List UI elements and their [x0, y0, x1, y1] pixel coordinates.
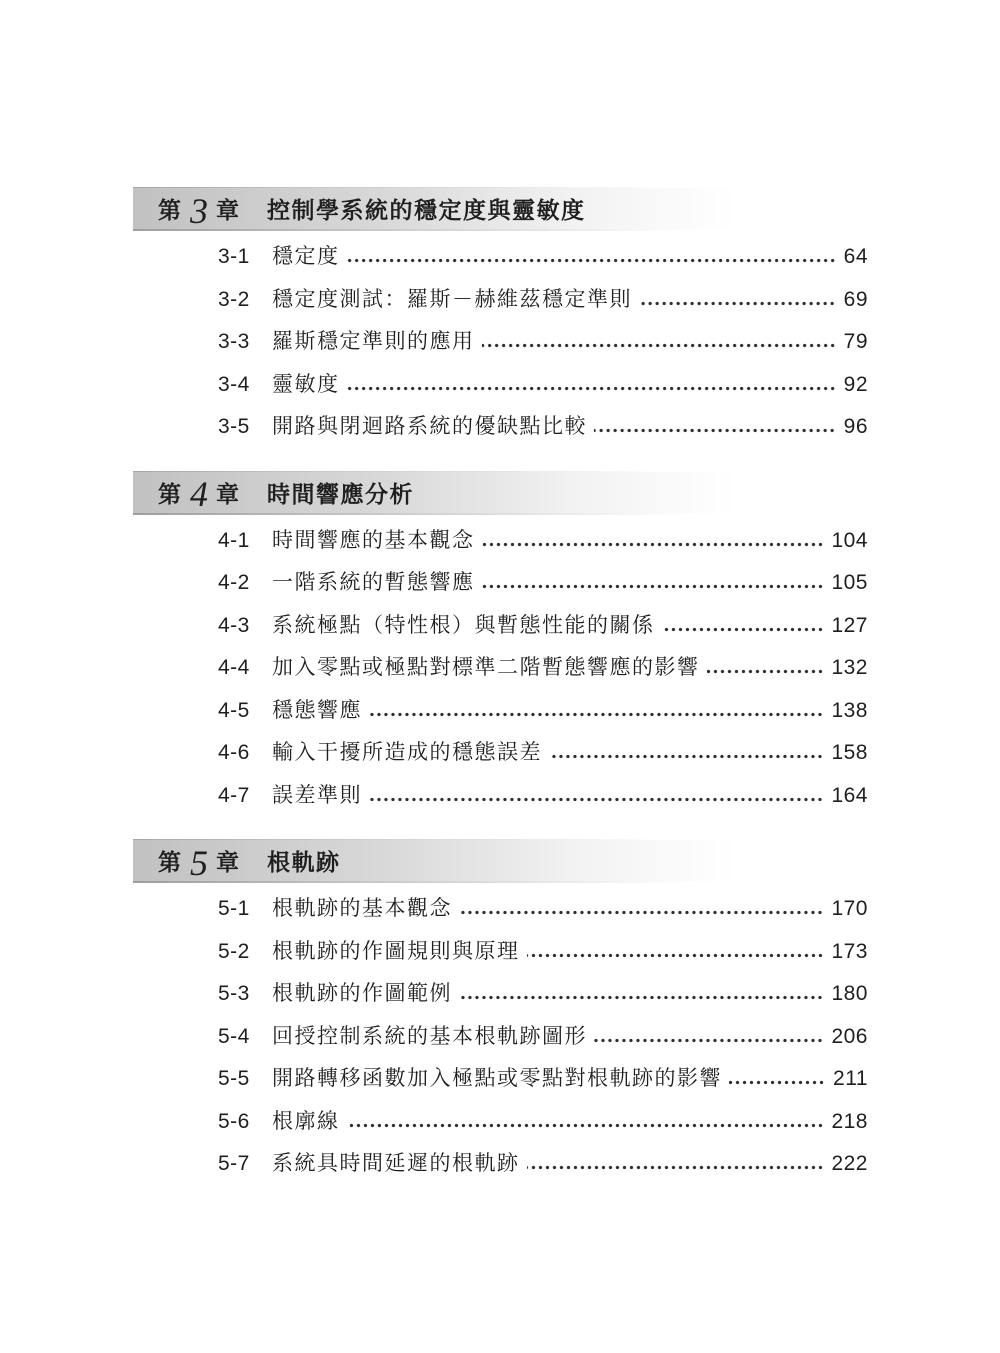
section-title: 一階系統的暫態響應 — [272, 566, 475, 596]
chapter-prefix-label: 第 — [158, 192, 182, 225]
chapter-block: 第 3 章 控制學系統的穩定度與靈敏度 3-1 穩定度 64 3-2 穩定度測試… — [133, 188, 868, 453]
toc-entry-row: 5-3 根軌跡的作圖範例 180 — [218, 977, 868, 1020]
page-number: 104 — [831, 529, 868, 553]
section-number: 5-3 — [218, 982, 272, 1006]
page-number: 158 — [831, 741, 868, 765]
page-number: 105 — [831, 571, 868, 595]
page-number: 173 — [831, 940, 868, 964]
toc-entry-row: 4-3 系統極點（特性根）與暫態性能的關係 127 — [218, 609, 868, 652]
chapter-title: 時間響應分析 — [267, 476, 414, 509]
section-title: 羅斯穩定準則的應用 — [272, 325, 475, 355]
section-number: 4-1 — [218, 529, 272, 553]
dot-leader — [527, 1165, 824, 1170]
section-number: 3-3 — [218, 330, 272, 354]
section-title: 誤差準則 — [272, 779, 362, 809]
page-number: 69 — [844, 288, 868, 312]
toc-entry-row: 3-4 靈敏度 92 — [218, 368, 868, 411]
chapter-number: 4 — [190, 476, 208, 512]
chapter-number: 3 — [190, 193, 208, 229]
dot-leader — [347, 258, 836, 263]
page-number: 79 — [844, 330, 868, 354]
section-number: 4-3 — [218, 614, 272, 638]
chapter-entries: 3-1 穩定度 64 3-2 穩定度測試：羅斯－赫維茲穩定準則 69 3-3 羅… — [133, 229, 868, 453]
section-number: 4-5 — [218, 699, 272, 723]
section-number: 4-7 — [218, 784, 272, 808]
toc-entry-row: 5-4 回授控制系統的基本根軌跡圖形 206 — [218, 1020, 868, 1063]
dot-leader — [729, 1080, 825, 1085]
page-number: 127 — [831, 614, 868, 638]
dot-leader — [347, 1123, 824, 1128]
toc-entry-row: 5-1 根軌跡的基本觀念 170 — [218, 892, 868, 935]
section-number: 5-2 — [218, 940, 272, 964]
chapter-block: 第 5 章 根軌跡 5-1 根軌跡的基本觀念 170 5-2 根軌跡的作圖規則與… — [133, 840, 868, 1190]
toc-page: { "colors": { "text": "#1f1f1f", "banner… — [0, 0, 1000, 1353]
section-title: 穩定度 — [272, 240, 340, 270]
chapter-suffix-label: 章 — [216, 844, 240, 877]
dot-leader — [527, 953, 824, 958]
chapter-title: 控制學系統的穩定度與靈敏度 — [267, 192, 586, 225]
chapter-banner: 第 5 章 根軌跡 — [133, 840, 868, 881]
chapter-banner: 第 4 章 時間響應分析 — [133, 472, 868, 513]
dot-leader — [347, 386, 836, 391]
section-title: 根廓線 — [272, 1105, 340, 1135]
dot-leader — [639, 301, 836, 306]
page-number: 92 — [844, 373, 868, 397]
section-title: 系統極點（特性根）與暫態性能的關係 — [272, 609, 655, 639]
section-title: 回授控制系統的基本根軌跡圖形 — [272, 1020, 587, 1050]
page-number: 138 — [831, 699, 868, 723]
section-title: 開路轉移函數加入極點或零點對根軌跡的影響 — [272, 1062, 722, 1092]
page-number: 211 — [833, 1067, 868, 1091]
dot-leader — [662, 627, 824, 632]
section-number: 3-1 — [218, 245, 272, 269]
page-number: 206 — [831, 1025, 868, 1049]
page-number: 96 — [844, 415, 868, 439]
toc-entry-row: 3-3 羅斯穩定準則的應用 79 — [218, 325, 868, 368]
dot-leader — [594, 428, 836, 433]
chapter-number: 5 — [190, 845, 208, 881]
section-title: 穩態響應 — [272, 694, 362, 724]
page-number: 64 — [844, 245, 868, 269]
section-title: 根軌跡的作圖範例 — [272, 977, 452, 1007]
page-number: 170 — [831, 897, 868, 921]
section-number: 4-2 — [218, 571, 272, 595]
toc-entry-row: 3-5 開路與閉迴路系統的優缺點比較 96 — [218, 410, 868, 453]
section-title: 根軌跡的基本觀念 — [272, 892, 452, 922]
chapter-entries: 4-1 時間響應的基本觀念 104 4-2 一階系統的暫態響應 105 4-3 … — [133, 513, 868, 822]
toc-entry-row: 4-5 穩態響應 138 — [218, 694, 868, 737]
section-number: 5-6 — [218, 1110, 272, 1134]
section-number: 4-6 — [218, 741, 272, 765]
section-number: 3-4 — [218, 373, 272, 397]
section-title: 輸入干擾所造成的穩態誤差 — [272, 736, 542, 766]
dot-leader — [459, 910, 823, 915]
toc-entry-row: 5-7 系統具時間延遲的根軌跡 222 — [218, 1147, 868, 1190]
section-number: 5-7 — [218, 1152, 272, 1176]
toc-entry-row: 5-6 根廓線 218 — [218, 1105, 868, 1148]
chapter-block: 第 4 章 時間響應分析 4-1 時間響應的基本觀念 104 4-2 一階系統的… — [133, 472, 868, 822]
toc-entry-row: 4-7 誤差準則 164 — [218, 779, 868, 822]
table-of-contents: 第 3 章 控制學系統的穩定度與靈敏度 3-1 穩定度 64 3-2 穩定度測試… — [133, 188, 868, 1209]
toc-entry-row: 4-2 一階系統的暫態響應 105 — [218, 566, 868, 609]
toc-entry-row: 5-2 根軌跡的作圖規則與原理 173 — [218, 935, 868, 978]
toc-entry-row: 4-1 時間響應的基本觀念 104 — [218, 524, 868, 567]
dot-leader — [482, 343, 836, 348]
chapter-suffix-label: 章 — [216, 476, 240, 509]
dot-leader — [594, 1038, 823, 1043]
toc-entry-row: 3-2 穩定度測試：羅斯－赫維茲穩定準則 69 — [218, 283, 868, 326]
dot-leader — [482, 542, 824, 547]
dot-leader — [482, 584, 824, 589]
toc-entry-row: 3-1 穩定度 64 — [218, 240, 868, 283]
page-number: 132 — [831, 656, 868, 680]
section-title: 穩定度測試：羅斯－赫維茲穩定準則 — [272, 283, 632, 313]
section-title: 開路與閉迴路系統的優缺點比較 — [272, 410, 587, 440]
dot-leader — [459, 995, 823, 1000]
section-title: 靈敏度 — [272, 368, 340, 398]
page-number: 222 — [831, 1152, 868, 1176]
section-number: 5-5 — [218, 1067, 272, 1091]
section-title: 根軌跡的作圖規則與原理 — [272, 935, 520, 965]
section-number: 3-2 — [218, 288, 272, 312]
dot-leader — [369, 712, 823, 717]
toc-entry-row: 4-6 輸入干擾所造成的穩態誤差 158 — [218, 736, 868, 779]
section-title: 時間響應的基本觀念 — [272, 524, 475, 554]
chapter-prefix-label: 第 — [158, 476, 182, 509]
page-number: 180 — [831, 982, 868, 1006]
dot-leader — [549, 754, 823, 759]
section-number: 4-4 — [218, 656, 272, 680]
page-number: 218 — [831, 1110, 868, 1134]
section-number: 5-4 — [218, 1025, 272, 1049]
chapter-title: 根軌跡 — [267, 844, 341, 877]
chapter-banner: 第 3 章 控制學系統的穩定度與靈敏度 — [133, 188, 868, 229]
section-number: 3-5 — [218, 415, 272, 439]
dot-leader — [369, 797, 823, 802]
section-number: 5-1 — [218, 897, 272, 921]
chapter-prefix-label: 第 — [158, 844, 182, 877]
toc-entry-row: 4-4 加入零點或極點對標準二階暫態響應的影響 132 — [218, 651, 868, 694]
chapter-suffix-label: 章 — [216, 192, 240, 225]
section-title: 系統具時間延遲的根軌跡 — [272, 1147, 520, 1177]
chapter-entries: 5-1 根軌跡的基本觀念 170 5-2 根軌跡的作圖規則與原理 173 5-3… — [133, 881, 868, 1190]
toc-entry-row: 5-5 開路轉移函數加入極點或零點對根軌跡的影響 211 — [218, 1062, 868, 1105]
section-title: 加入零點或極點對標準二階暫態響應的影響 — [272, 651, 700, 681]
page-number: 164 — [831, 784, 868, 808]
dot-leader — [707, 669, 824, 674]
